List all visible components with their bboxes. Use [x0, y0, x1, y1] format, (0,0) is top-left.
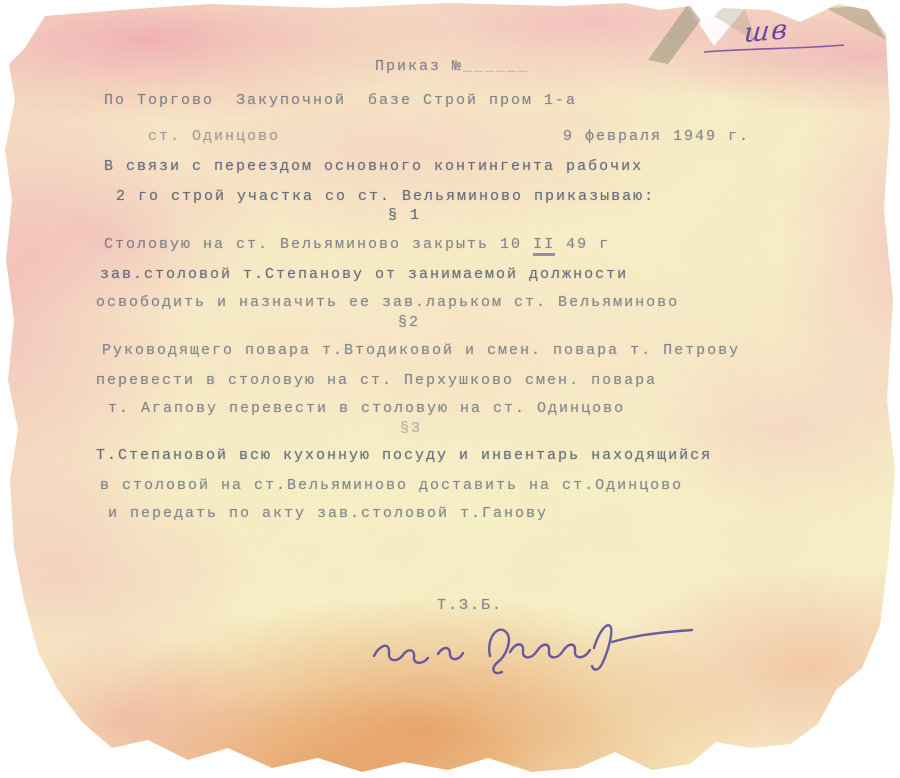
body-line: т. Агапову перевести в столовую на ст. О…	[108, 400, 625, 417]
body-line: освободить и назначить ее зав.ларьком ст…	[96, 294, 679, 311]
scanned-document: Приказ №______ По Торгово Закупочной баз…	[0, 0, 900, 778]
body-line: Столовую на ст. Вельяминово закрыть 10 I…	[104, 236, 610, 253]
section-mark: §3	[400, 420, 422, 437]
handwriting-underline-stroke	[700, 38, 850, 58]
org-line: По Торгово Закупочной базе Строй пром 1-…	[104, 92, 577, 109]
place-line: ст. Одинцово	[148, 128, 280, 145]
body-line: Т.Степановой всю кухонную посуду и инвен…	[96, 447, 712, 464]
order-number-blank: ______	[463, 58, 529, 75]
section-mark: § 1	[388, 207, 421, 224]
order-title-label: Приказ №	[375, 58, 463, 75]
body-line: Руководящего повара т.Втодиковой и смен.…	[102, 342, 740, 359]
intro-line: 2 го строй участка со ст. Вельяминово пр…	[116, 188, 655, 205]
paper-sheet: Приказ №______ По Торгово Закупочной баз…	[0, 0, 900, 778]
handwritten-signature	[368, 612, 698, 684]
close-date-pre: Столовую на ст. Вельяминово закрыть 10	[104, 236, 533, 253]
close-date-day-underlined: II	[533, 236, 555, 256]
order-title: Приказ №______	[375, 58, 529, 75]
intro-line: В связи с переездом основного контингент…	[104, 158, 643, 175]
body-line: и передать по акту зав.столовой т.Ганову	[108, 505, 548, 522]
body-line: перевести в столовую на ст. Перхушково с…	[96, 372, 657, 389]
date-line: 9 февраля 1949 г.	[563, 128, 750, 145]
close-date-post: 49 г	[555, 236, 610, 253]
section-mark: §2	[398, 314, 420, 331]
body-line: зав.столовой т.Степанову от занимаемой д…	[100, 266, 628, 283]
body-line: в столовой на ст.Вельяминово доставить н…	[100, 477, 683, 494]
